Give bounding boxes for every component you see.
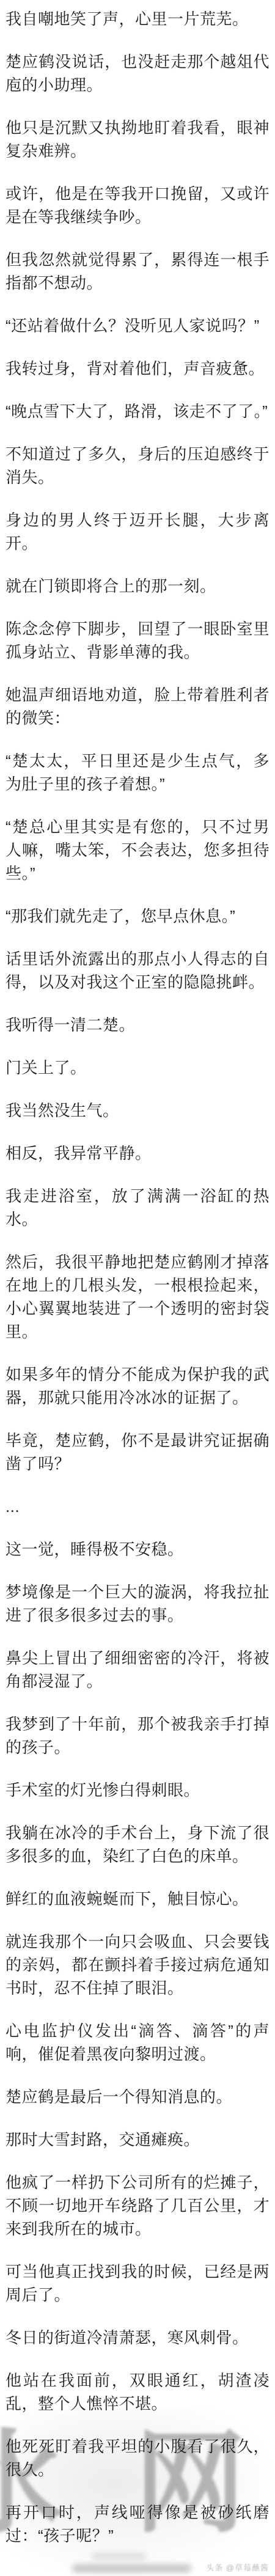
story-paragraph: 陈念念停下脚步，回望了一眼卧室里孤身站立、背影单薄的我。 (5, 617, 269, 664)
story-paragraph: 但我忽然就觉得累了，累得连一根手指都不想动。 (5, 248, 269, 295)
story-text-body: 我自嘲地笑了声，心里一片荒芜。楚应鹤没说话，也没赶走那个越俎代庖的小助理。他只是… (0, 0, 275, 2547)
story-paragraph: 如果多年的情分不能成为保护我的武器，那就只能用冷冰冰的证据了。 (5, 1363, 269, 1409)
story-paragraph: 他死死盯着我平坦的小腹看了很久，很久。 (5, 2435, 269, 2481)
story-paragraph: 他站在我面前，双眼通红，胡渣凌乱，整个人憔悴不堪。 (5, 2369, 269, 2415)
story-paragraph: “楚总心里其实是有您的，只不过男人嘛，嘴太笨，不会表达，您多担待些。” (5, 815, 269, 885)
story-paragraph: 我当然没生气。 (5, 1099, 269, 1122)
watermark-blur-smudge (72, 2564, 191, 2572)
story-paragraph: 我走进浴室，放了满满一浴缸的热水。 (5, 1184, 269, 1231)
story-paragraph: 他疯了一样扔下公司所有的烂摊子，不顾一切地开车绕路了几百公里，才来到我所在的城市… (5, 2171, 269, 2240)
story-paragraph: 心电监护仪发出“滴答、滴答”的声响，催促着黑夜向黎明过渡。 (5, 2019, 269, 2066)
story-paragraph: 然后，我很平静地把楚应鹤刚才掉落在地上的几根头发，一根根捡起来，小心翼翼地装进了… (5, 1250, 269, 1343)
story-paragraph: 就在门锁即将合上的那一刻。 (5, 574, 269, 598)
story-paragraph: 梦境像是一个巨大的漩涡，将我拉扯进了很多很多过去的事。 (5, 1580, 269, 1627)
story-paragraph: 我听得一清二楚。 (5, 1013, 269, 1037)
story-paragraph: 这一觉，睡得极不安稳。 (5, 1538, 269, 1561)
story-paragraph: 手术室的灯光惨白得刺眼。 (5, 1778, 269, 1802)
story-paragraph: 我梦到了十年前，那个被我亲手打掉的孩子。 (5, 1712, 269, 1759)
story-paragraph: 我躺在冰冷的手术台上，身下流了很多很多的血，染红了白色的床单。 (5, 1821, 269, 1868)
story-paragraph: 毕竟，楚应鹤，你不是最讲究证据确凿了吗？ (5, 1429, 269, 1475)
story-paragraph: 再开口时，声线哑得像是被砂纸磨过：“孩子呢？” (5, 2501, 269, 2547)
watermark-blur-smudge-small (92, 2553, 147, 2559)
story-paragraph: 话里话外流露出的那点小人得志的自得，以及对我这个正室的隐隐挑衅。 (5, 947, 269, 994)
story-paragraph: 他只是沉默又执拗地盯着我看，眼神复杂难辨。 (5, 116, 269, 163)
story-paragraph: “还站着做什么？没听见人家说吗？” (5, 314, 269, 337)
story-paragraph: 就连我那个一向只会吸血、只会要钱的亲妈，都在颤抖着手接过病危通知书时，忍不住掉了… (5, 1930, 269, 2000)
story-paragraph: “晚点雪下大了，路滑，该走不了了。” (5, 400, 269, 423)
story-paragraph: “那我们就先走了，您早点休息。” (5, 905, 269, 928)
story-paragraph: 身边的男人终于迈开长腿，大步离开。 (5, 508, 269, 555)
story-paragraph: 她温声细语地劝道，脸上带着胜利者的微笑： (5, 683, 269, 730)
story-paragraph: 鼻尖上冒出了细细密密的冷汗，将被角都浸湿了。 (5, 1646, 269, 1693)
story-paragraph: 我转过身，背对着他们，声音疲惫。 (5, 357, 269, 380)
story-paragraph: 可当他真正找到我的时候，已经是两周后了。 (5, 2260, 269, 2306)
story-paragraph: 楚应鹤没说话，也没赶走那个越俎代庖的小助理。 (5, 50, 269, 97)
story-paragraph: 鲜红的血液蜿蜒而下，触目惊心。 (5, 1887, 269, 1910)
story-paragraph: 相反，我异常平静。 (5, 1142, 269, 1165)
story-paragraph: 或许，他是在等我开口挽留，又或许是在等我继续争吵。 (5, 182, 269, 229)
story-paragraph: 我自嘲地笑了声，心里一片荒芜。 (5, 7, 269, 31)
story-paragraph: 门关上了。 (5, 1056, 269, 1079)
story-paragraph: ... (5, 1495, 269, 1518)
story-paragraph: 那时大雪封路，交通瘫痪。 (5, 2128, 269, 2151)
story-paragraph: 不知道过了多久，身后的压迫感终于消失。 (5, 442, 269, 489)
story-paragraph: “楚太太，平日里还是少生点气，多为肚子里的孩子着想。” (5, 749, 269, 796)
story-paragraph: 冬日的街道冷清萧瑟，寒风刺骨。 (5, 2326, 269, 2349)
story-paragraph: 楚应鹤是最后一个得知消息的。 (5, 2085, 269, 2108)
watermark-credit-text: 头条 @草莓蘸酱 (206, 2561, 269, 2573)
